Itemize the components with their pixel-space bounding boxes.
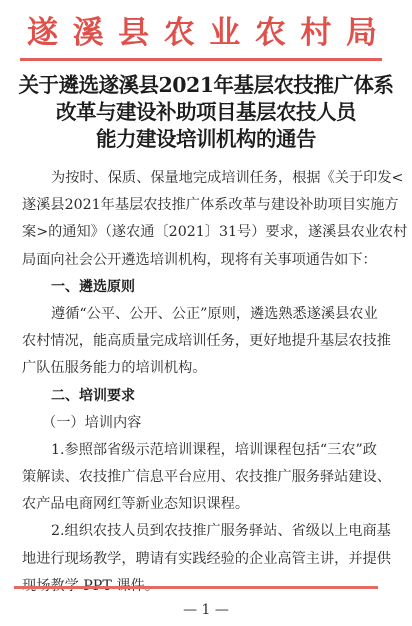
text-line: 遂溪县2021年基层农技推广体系改革与建设补助项目实施方	[22, 192, 374, 219]
org-char: 局	[346, 14, 377, 52]
intro-paragraph: 为按时、保质、保量地完成培训任务，根据《关于印发< 遂溪县2021年基层农技推广…	[22, 165, 374, 274]
section-training-requirements: 二、培训要求 （一）培训内容 1.参照部省级示范培训课程，培训课程包括“三农”政…	[22, 383, 374, 601]
text-line: 2.组织农技人员到农技推广服务驿站、省级以上电商基	[22, 518, 374, 545]
title-line: 改革与建设补助项目基层农技人员	[0, 99, 412, 126]
section-selection-principles: 一、遴选原则 遵循“公平、公开、公正”原则，遴选熟悉遂溪县农业 农村情况，能高质…	[22, 274, 374, 383]
org-char: 县	[118, 14, 149, 52]
text-line: 农产品电商网红等新业态知识课程。	[22, 491, 374, 518]
issuing-organization: 遂 溪 县 农 业 农 村 局	[27, 14, 377, 52]
document-title: 关于遴选遂溪县2021年基层农技推广体系 改革与建设补助项目基层农技人员 能力建…	[0, 72, 412, 153]
text-line: 为按时、保质、保量地完成培训任务，根据《关于印发<	[22, 165, 374, 192]
text-line: 遵循“公平、公开、公正”原则，遴选熟悉遂溪县农业	[22, 301, 374, 328]
org-char: 农	[164, 14, 195, 52]
org-char: 业	[209, 14, 240, 52]
section-heading: 二、培训要求	[22, 383, 374, 410]
text-line: 案>的通知》（遂农通〔2021〕31号）要求，遂溪县农业农村	[22, 219, 374, 246]
org-char: 溪	[73, 14, 104, 52]
title-line: 能力建设培训机构的通告	[0, 126, 412, 153]
text-line: 农村情况，能高质量完成培训任务，更好地提升基层农技推	[22, 328, 374, 355]
org-char: 遂	[27, 14, 58, 52]
text-line: 1.参照部省级示范培训课程，培训课程包括“三农”政	[22, 437, 374, 464]
letterhead-divider	[20, 58, 382, 61]
org-char: 村	[300, 14, 331, 52]
document-body: 为按时、保质、保量地完成培训任务，根据《关于印发< 遂溪县2021年基层农技推广…	[22, 165, 374, 600]
subsection-heading: （一）培训内容	[22, 410, 374, 437]
page-number: — 1 —	[0, 602, 412, 618]
footer-divider	[14, 586, 378, 589]
text-line: 策解读、农技推广信息平台应用、农技推广服务驿站建设、	[22, 464, 374, 491]
section-heading: 一、遴选原则	[22, 274, 374, 301]
text-line: 地进行现场教学，聘请有实践经验的企业高管主讲，并提供	[22, 546, 374, 573]
text-line: 局面向社会公开遴选培训机构，现将有关事项通告如下：	[22, 247, 374, 274]
text-line: 广队伍服务能力的培训机构。	[22, 355, 374, 382]
org-char: 农	[255, 14, 286, 52]
title-line: 关于遴选遂溪县2021年基层农技推广体系	[0, 72, 412, 99]
